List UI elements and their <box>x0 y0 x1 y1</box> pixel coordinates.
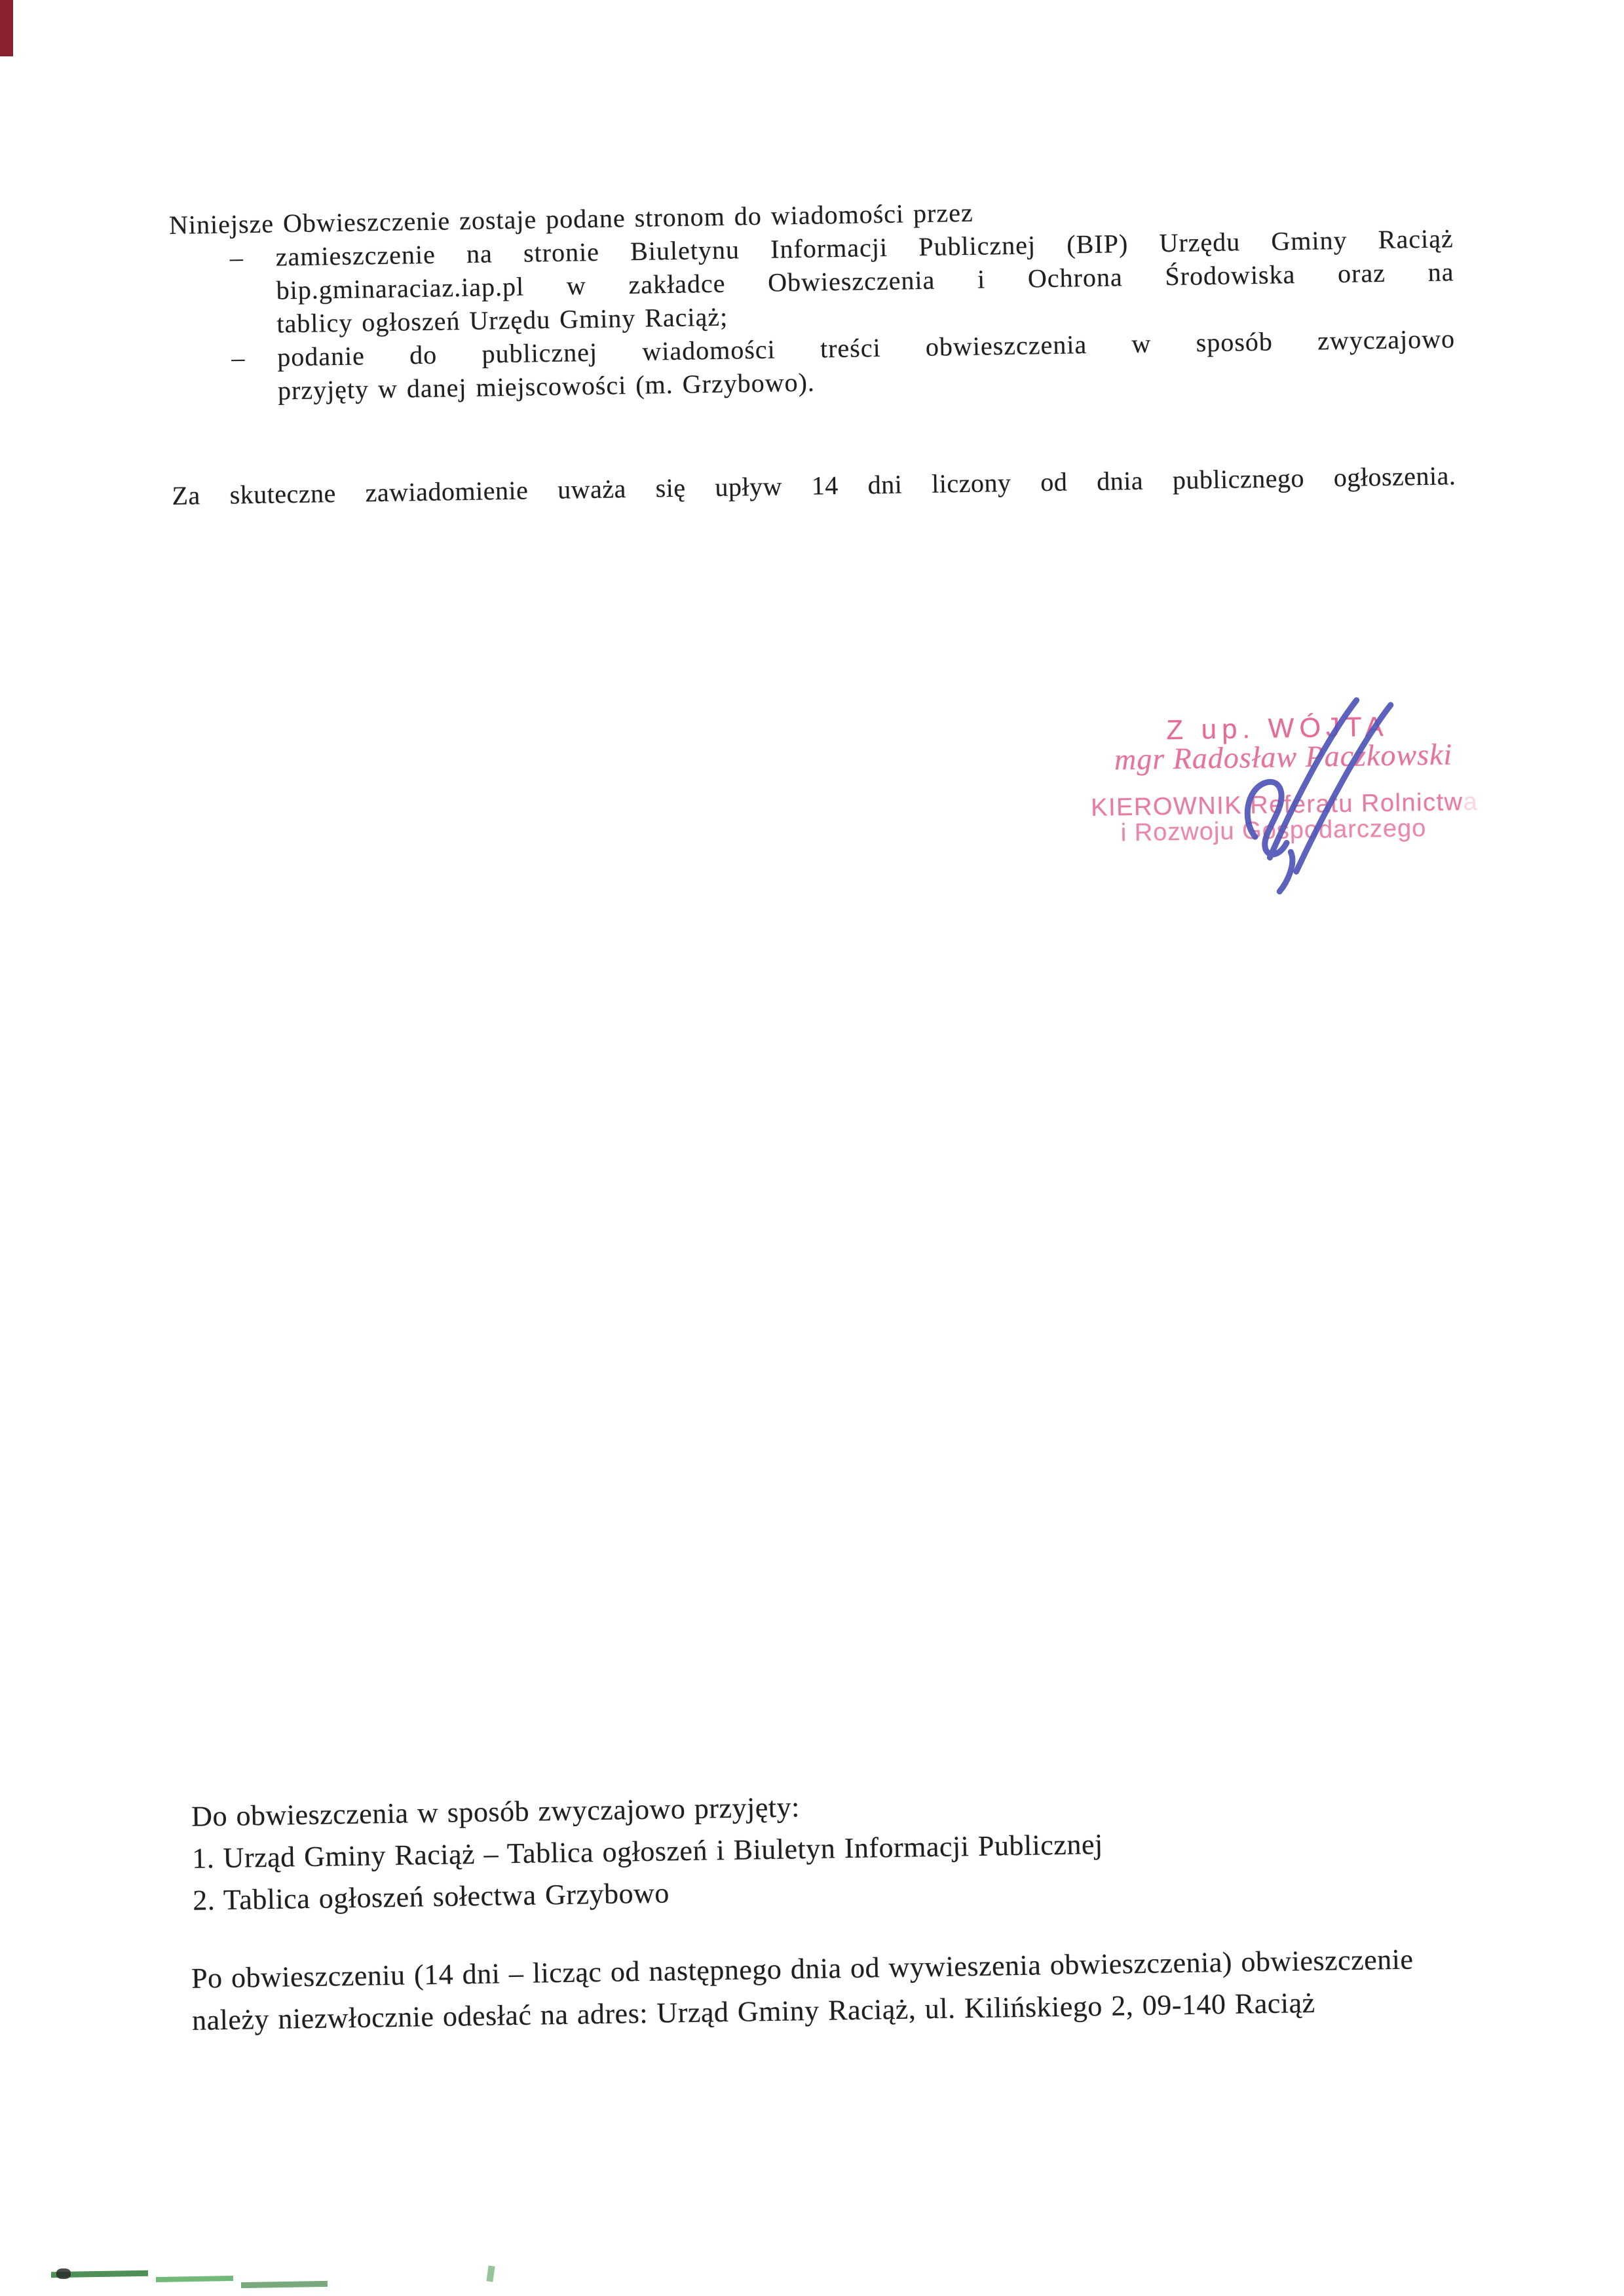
notice-block: Niniejsze Obwieszczenie zostaje podane s… <box>169 188 1456 409</box>
handwritten-signature <box>1228 659 1402 898</box>
bullet-dash: – <box>229 240 244 274</box>
official-stamp: Z up. WÓJTA mgr Radosław Paczkowski KIER… <box>1087 680 1509 896</box>
return-note-block: Po obwieszczeniu (14 dni – licząc od nas… <box>191 1936 1555 2042</box>
scan-artifact-dark-blob <box>56 2268 71 2279</box>
scan-tilt-layer: Niniejsze Obwieszczenie zostaje podane s… <box>0 0 1624 2296</box>
scanned-document-page: Niniejsze Obwieszczenie zostaje podane s… <box>0 0 1624 2296</box>
stamp-title-faded-char: a <box>1463 788 1478 816</box>
posting-block: Do obwieszczenia w sposób zwyczajowo prz… <box>191 1774 1543 1921</box>
effective-period-paragraph: Za skuteczne zawiadomienie uważa się upł… <box>172 459 1456 512</box>
scan-artifact-red-bar <box>0 0 13 56</box>
bullet-dash: – <box>231 341 246 374</box>
